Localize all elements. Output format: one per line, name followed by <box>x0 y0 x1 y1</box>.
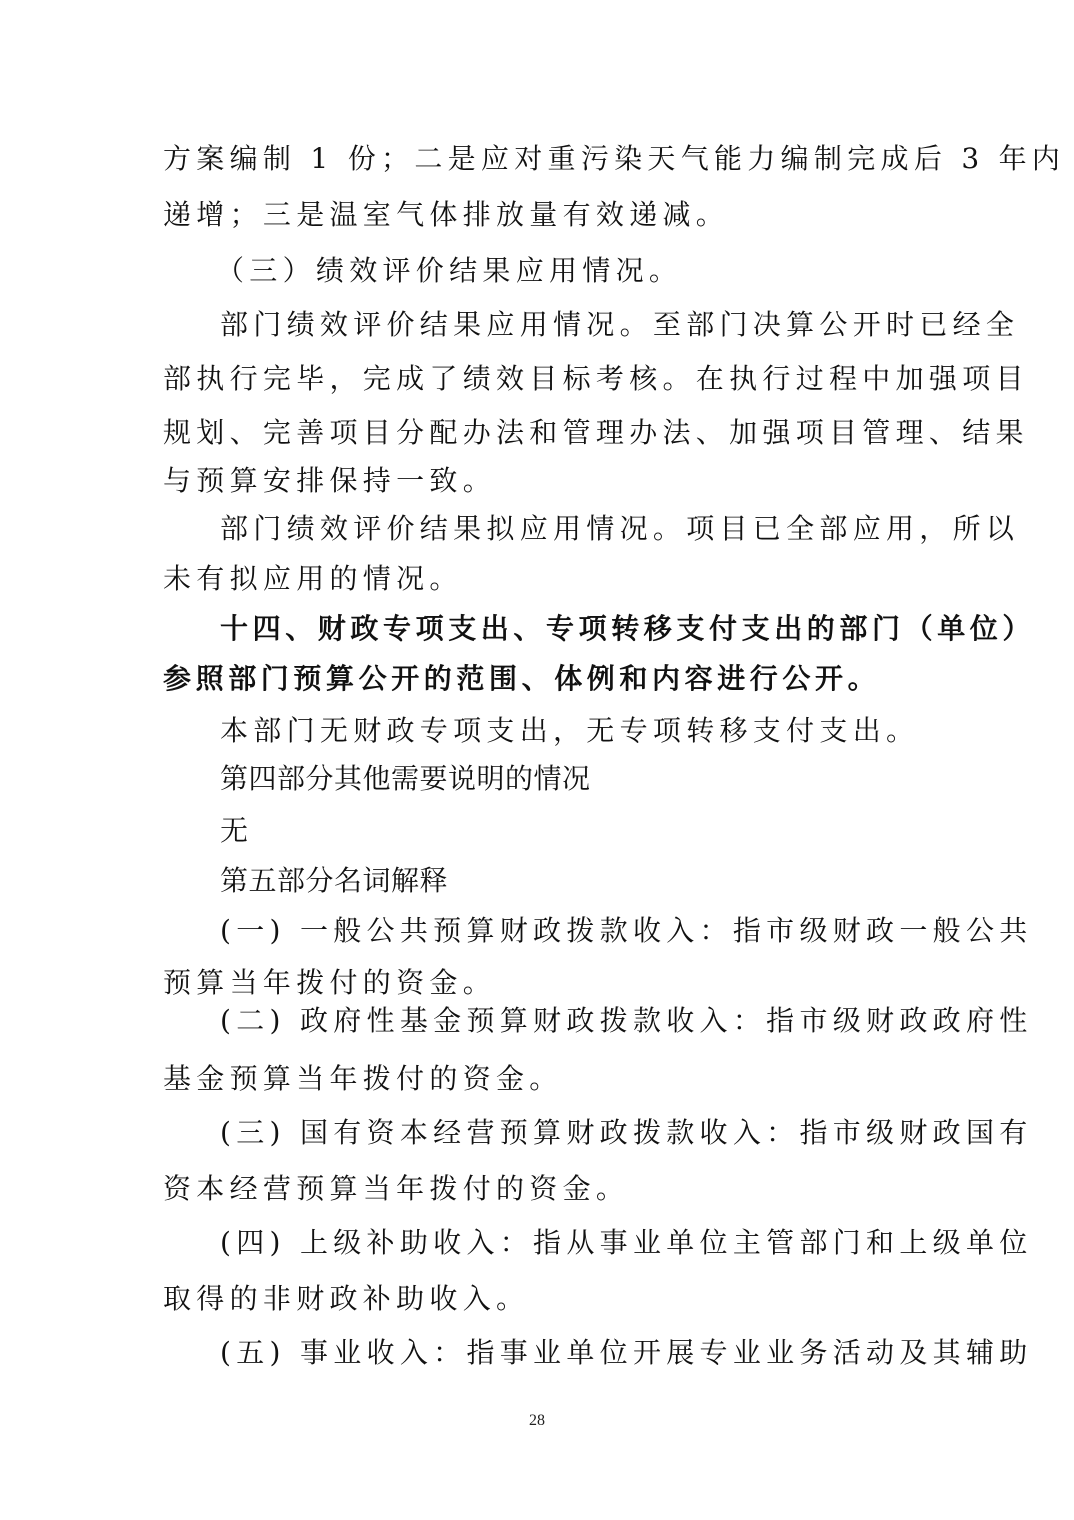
paragraph-line: 部执行完毕，完成了绩效目标考核。在执行过程中加强项目 <box>163 362 1029 396</box>
paragraph-line: 与预算安排保持一致。 <box>163 464 496 498</box>
paragraph-line: 取得的非财政补助收入。 <box>163 1282 529 1316</box>
paragraph-line: (一) 一般公共预算财政拨款收入：指市级财政一般公共 <box>220 914 1033 948</box>
bold-paragraph-line: 参照部门预算公开的范围、体例和内容进行公开。 <box>163 662 880 696</box>
paragraph-line: 预算当年拨付的资金。 <box>163 966 496 1000</box>
paragraph-line: 未有拟应用的情况。 <box>163 562 463 596</box>
paragraph-line: 方案编制 1 份；二是应对重污染天气能力编制完成后 3 年内 <box>163 142 1065 176</box>
paragraph-line: 本部门无财政专项支出，无专项转移支付支出。 <box>220 714 919 748</box>
paragraph-line: 部门绩效评价结果拟应用情况。项目已全部应用，所以 <box>220 512 1019 546</box>
paragraph-line: (五) 事业收入：指事业单位开展专业业务活动及其辅助 <box>220 1336 1033 1370</box>
page-number: 28 <box>0 1412 1074 1430</box>
paragraph-line: (三) 国有资本经营预算财政拨款收入：指市级财政国有 <box>220 1116 1033 1150</box>
paragraph-line: (二) 政府性基金预算财政拨款收入：指市级财政政府性 <box>220 1004 1033 1038</box>
paragraph-line: (四) 上级补助收入：指从事业单位主管部门和上级单位 <box>220 1226 1033 1260</box>
bold-paragraph-line: 十四、财政专项支出、专项转移支付支出的部门（单位） <box>220 612 1035 646</box>
paragraph-line: 资本经营预算当年拨付的资金。 <box>163 1172 629 1206</box>
paragraph-line: 部门绩效评价结果应用情况。至部门决算公开时已经全 <box>220 308 1019 342</box>
section-heading: 第五部分名词解释 <box>220 864 448 898</box>
paragraph-line: 基金预算当年拨付的资金。 <box>163 1062 563 1096</box>
paragraph-line: （三）绩效评价结果应用情况。 <box>216 254 682 288</box>
paragraph-line: 规划、完善项目分配办法和管理办法、加强项目管理、结果 <box>163 416 1029 450</box>
section-heading: 无 <box>220 814 249 848</box>
section-heading: 第四部分其他需要说明的情况 <box>220 762 591 796</box>
paragraph-line: 递增；三是温室气体排放量有效递减。 <box>163 198 729 232</box>
